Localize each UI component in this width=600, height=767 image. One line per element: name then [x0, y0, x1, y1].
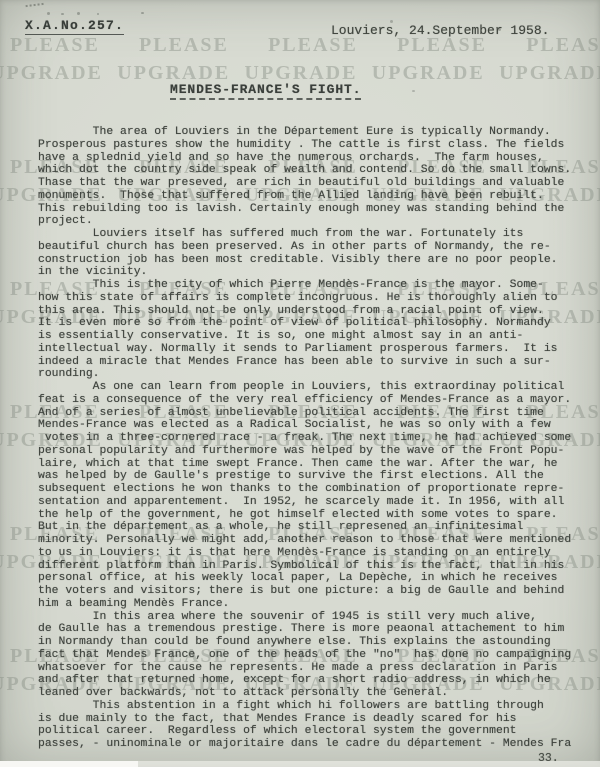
page-number: 33.	[538, 752, 559, 765]
reference-number: X.A.No.257.	[25, 18, 124, 35]
paper-speck	[61, 13, 64, 15]
document-page: PLEASEPLEASEPLEASEPLEASEPLEASE UPGRADEUP…	[0, 0, 600, 767]
paper-speck	[412, 90, 415, 92]
dateline: Louviers, 24.September 1958.	[331, 23, 549, 38]
paper-speck	[77, 12, 80, 15]
paper-speck	[141, 12, 144, 14]
document-title: MENDES-FRANCE'S FIGHT.	[170, 82, 361, 100]
pencil-marks	[26, 3, 45, 14]
paper-speck	[97, 13, 99, 15]
document-body-text: The area of Louviers in the Département …	[38, 126, 571, 751]
scan-edge	[0, 761, 138, 767]
scan-edge	[0, 761, 600, 767]
paper-speck	[47, 12, 50, 15]
